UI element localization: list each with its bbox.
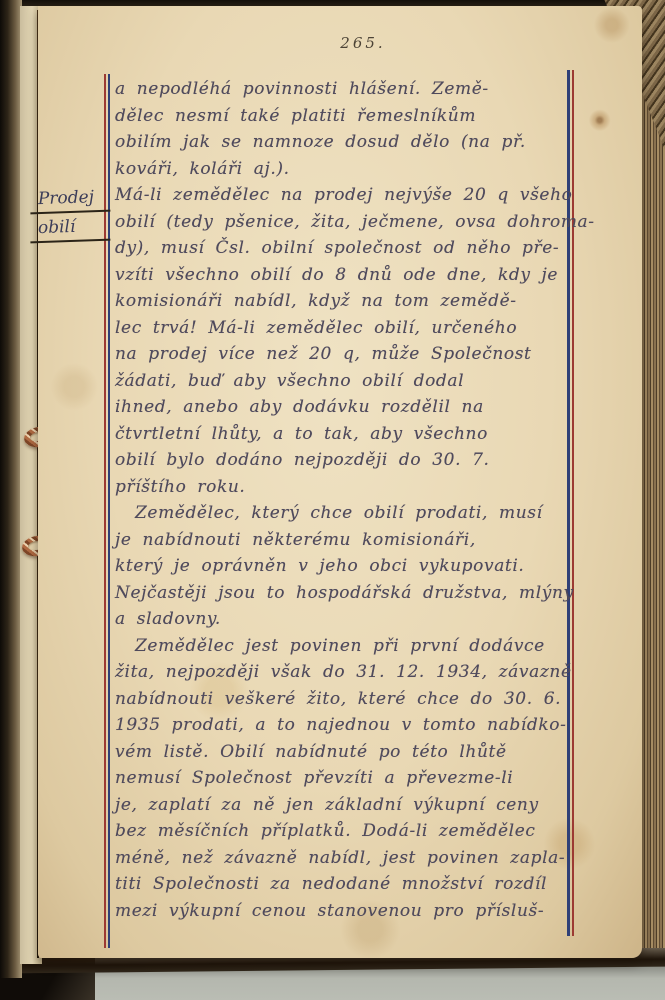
handwritten-line: Nejčastěji jsou to hospodářská družstva,… [115, 580, 570, 607]
handwritten-line: obilím jak se namnoze dosud dělo (na př. [115, 129, 570, 156]
paragraph: Zemědělec, který chce obilí prodati, mus… [115, 500, 570, 633]
handwritten-line: Zemědělec, který chce obilí prodati, mus… [115, 500, 570, 527]
handwritten-line: titi Společnosti za nedodané množství ro… [115, 871, 570, 898]
paragraph: a nepodléhá povinnosti hlášení. Země-děl… [115, 76, 570, 182]
right-margin-rule-red [572, 70, 574, 936]
handwritten-line: žita, nejpozději však do 31. 12. 1934, z… [115, 659, 570, 686]
paragraph: Má-li zemědělec na prodej nejvýše 20 q v… [115, 182, 570, 500]
handwritten-line: méně, než závazně nabídl, jest povinen z… [115, 845, 570, 872]
handwritten-line: dělec nesmí také platiti řemeslníkům [115, 103, 570, 130]
handwritten-line: čtvrtletní lhůty, a to tak, aby všechno [115, 421, 570, 448]
margin-note: Prodej obilí [30, 188, 110, 246]
handwritten-line: je, zaplatí za ně jen základní výkupní c… [115, 792, 570, 819]
handwritten-line: kováři, koláři aj.). [115, 156, 570, 183]
handwriting-body: a nepodléhá povinnosti hlášení. Země-děl… [115, 76, 570, 924]
handwritten-line: 1935 prodati, a to najednou v tomto nabí… [115, 712, 570, 739]
handwritten-line: a sladovny. [115, 606, 570, 633]
handwritten-line: ihned, anebo aby dodávku rozdělil na [115, 394, 570, 421]
handwritten-line: nemusí Společnost převzíti a převezme-li [115, 765, 570, 792]
margin-note-line: Prodej [30, 187, 111, 215]
handwritten-line: Má-li zemědělec na prodej nejvýše 20 q v… [115, 182, 570, 209]
handwritten-line: lec trvá! Má-li zemědělec obilí, určenéh… [115, 315, 570, 342]
handwritten-line: příštího roku. [115, 474, 570, 501]
handwritten-line: vzíti všechno obilí do 8 dnů ode dne, kd… [115, 262, 570, 289]
margin-note-line: obilí [30, 216, 111, 244]
handwritten-line: bez měsíčních příplatků. Dodá-li zeměděl… [115, 818, 570, 845]
paragraph: Zemědělec jest povinen při první dodávce… [115, 633, 570, 925]
handwritten-line: a nepodléhá povinnosti hlášení. Země- [115, 76, 570, 103]
handwritten-line: komisionáři nabídl, když na tom zemědě- [115, 288, 570, 315]
handwritten-line: obilí (tedy pšenice, žita, ječmene, ovsa… [115, 209, 570, 236]
book-spine [0, 0, 22, 978]
handwritten-line: který je oprávněn v jeho obci vykupovati… [115, 553, 570, 580]
handwritten-line: mezi výkupní cenou stanovenou pro příslu… [115, 898, 570, 925]
handwritten-line: Zemědělec jest povinen při první dodávce [115, 633, 570, 660]
handwritten-line: je nabídnouti některému komisionáři, [115, 527, 570, 554]
handwritten-line: obilí bylo dodáno nejpozději do 30. 7. [115, 447, 570, 474]
handwritten-line: dy), musí Čsl. obilní společnost od něho… [115, 235, 570, 262]
handwritten-line: žádati, buď aby všechno obilí dodal [115, 368, 570, 395]
handwritten-line: nabídnouti veškeré žito, které chce do 3… [115, 686, 570, 713]
handwritten-line: vém listě. Obilí nabídnuté po této lhůtě [115, 739, 570, 766]
page-number: 265. [323, 34, 403, 52]
handwritten-line: na prodej více než 20 q, může Společnost [115, 341, 570, 368]
photographed-ledger-page: 265. Prodej obilí a nepodléhá povinnosti… [0, 0, 665, 1000]
